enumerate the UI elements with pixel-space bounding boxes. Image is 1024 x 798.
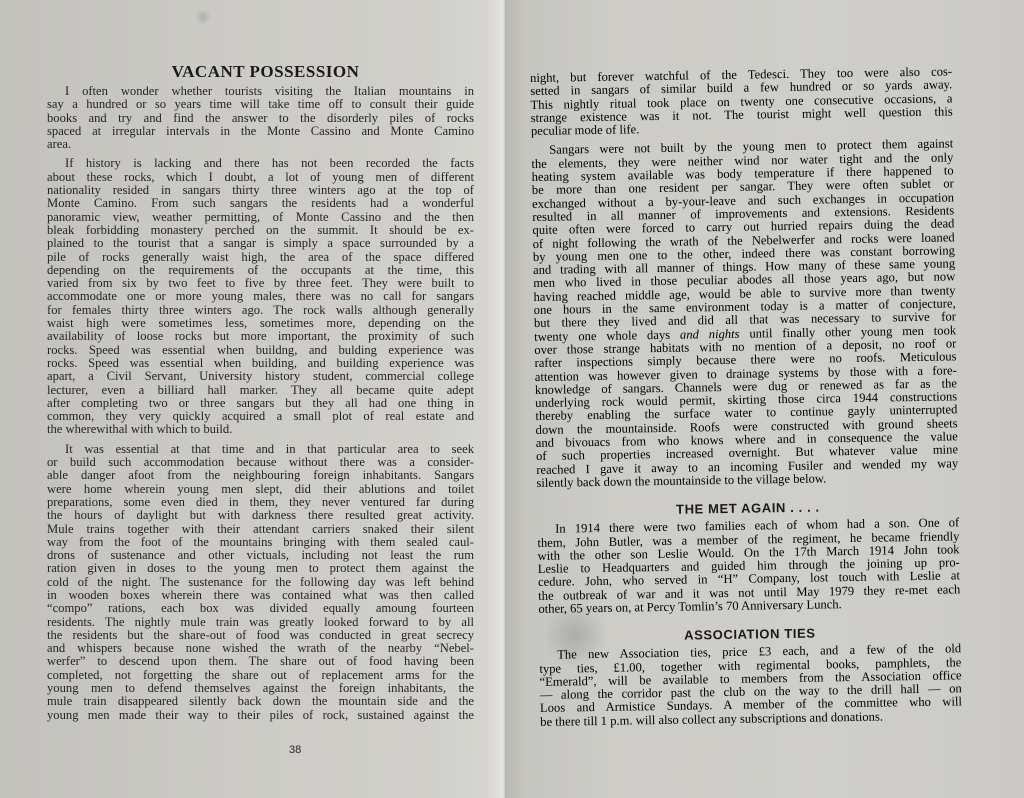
text-line: and whispers because none wished the wra… bbox=[47, 642, 474, 655]
text-line: ration given in doses to the young men t… bbox=[47, 562, 474, 575]
text-line: young men made their way to their piles … bbox=[47, 709, 474, 722]
text-line: cold of the night. The sustenance for th… bbox=[47, 576, 474, 589]
text-line: Monte Camino. From such sangars the resi… bbox=[47, 197, 474, 210]
text-line: able danger afoot from the neighbouring … bbox=[47, 469, 474, 482]
text-line: rocks. Speed was essential when buildng,… bbox=[47, 344, 474, 357]
text-line: depending on the requirements of the occ… bbox=[47, 264, 474, 277]
text-line: way from the foot of the mountains bring… bbox=[47, 536, 474, 549]
text-line: availability of loose rocks but more imp… bbox=[47, 330, 474, 343]
text-line: spaced at irregular intervals in the Mon… bbox=[47, 125, 474, 138]
text-line: in wooden boxes wherein there was contai… bbox=[47, 589, 474, 602]
text-line: bleak forbidding monastery perched on th… bbox=[47, 224, 474, 237]
text-line: accommodate one or more young males, the… bbox=[47, 290, 474, 303]
paragraph: If history is lacking and there has not … bbox=[47, 157, 474, 436]
text-line: preparations, some even died in them, th… bbox=[47, 496, 474, 509]
text-line: rocks. Speed was essential when building… bbox=[47, 357, 474, 370]
right-page-column: night, but forever watchful of the Tedes… bbox=[530, 65, 962, 735]
paragraph: In 1914 there were two families each of … bbox=[537, 517, 960, 617]
paper-mark bbox=[196, 8, 210, 26]
text-line: varied from six by two feet to five by t… bbox=[47, 277, 474, 290]
text-line: were home wherein young men slept, did t… bbox=[47, 483, 474, 496]
text-line: young men to defend themselves against t… bbox=[47, 682, 474, 695]
text-line: waist high were sometimes less, sometime… bbox=[47, 317, 474, 330]
text-line: the hours of daylight but with darkness … bbox=[47, 509, 474, 522]
text-line: area. bbox=[47, 138, 474, 151]
text-line: werfer” to descend upon them. The share … bbox=[47, 655, 474, 668]
text-line: Mule trains together with their attendan… bbox=[47, 523, 474, 536]
text-line: pile of rocks generally waist high, the … bbox=[47, 251, 474, 264]
text-line: about these rocks, which I doubt, a lot … bbox=[47, 171, 474, 184]
right-page-body: night, but forever watchful of the Tedes… bbox=[530, 65, 959, 490]
text-line: mule train disappeared silently back dow… bbox=[47, 695, 474, 708]
left-page-column: VACANT POSSESSION I often wonder whether… bbox=[47, 62, 474, 728]
article-title: VACANT POSSESSION bbox=[57, 62, 474, 82]
text-line: completed, not forgetting the share out … bbox=[47, 669, 474, 682]
right-page-sections: THE MET AGAIN . . . .In 1914 there were … bbox=[537, 498, 962, 729]
paragraph: Sangars were not built by the young men … bbox=[531, 138, 958, 490]
page-number-left: 38 bbox=[289, 744, 301, 756]
text-line: drons of sustenance and other victuals, … bbox=[47, 549, 474, 562]
text-line: say a hundred or so years time will take… bbox=[47, 98, 474, 111]
book-spread: VACANT POSSESSION I often wonder whether… bbox=[0, 0, 1024, 798]
text-line: plained to the tourist that a sangar is … bbox=[47, 237, 474, 250]
left-page: VACANT POSSESSION I often wonder whether… bbox=[0, 0, 505, 798]
text-line: after completing two or three sangars bu… bbox=[47, 397, 474, 410]
text-line: lecturer, even a billiard hall marker. T… bbox=[47, 384, 474, 397]
text-line: for females thirty three winters ago. Th… bbox=[47, 304, 474, 317]
text-line: “compo” rations, each box was divided eq… bbox=[47, 602, 474, 615]
left-page-body: I often wonder whether tourists visiting… bbox=[47, 85, 474, 722]
paragraph: I often wonder whether tourists visiting… bbox=[47, 85, 474, 151]
paragraph: The new Association ties, price £3 each,… bbox=[539, 643, 962, 729]
paragraph: night, but forever watchful of the Tedes… bbox=[530, 65, 953, 138]
text-line: common, they very quickly acquired a sma… bbox=[47, 410, 474, 423]
text-line: or build such accommodation because with… bbox=[47, 456, 474, 469]
text-line: residents. The nightly mule train was gr… bbox=[47, 616, 474, 629]
text-line: panoramic view, weather permitting, of M… bbox=[47, 211, 474, 224]
text-line: the residents but the share-out of food … bbox=[47, 629, 474, 642]
text-line: nationality resided in sangars thirty th… bbox=[47, 184, 474, 197]
text-line: If history is lacking and there has not … bbox=[47, 157, 474, 170]
paragraph: It was essential at that time and in tha… bbox=[47, 443, 474, 722]
text-line: It was essential at that time and in tha… bbox=[47, 443, 474, 456]
text-line: books and try and find the answer to the… bbox=[47, 112, 474, 125]
text-line: I often wonder whether tourists visiting… bbox=[47, 85, 474, 98]
text-line: the wherewithal with which to build. bbox=[47, 423, 474, 436]
text-line: apart, a Civil Servant, University histo… bbox=[47, 370, 474, 383]
